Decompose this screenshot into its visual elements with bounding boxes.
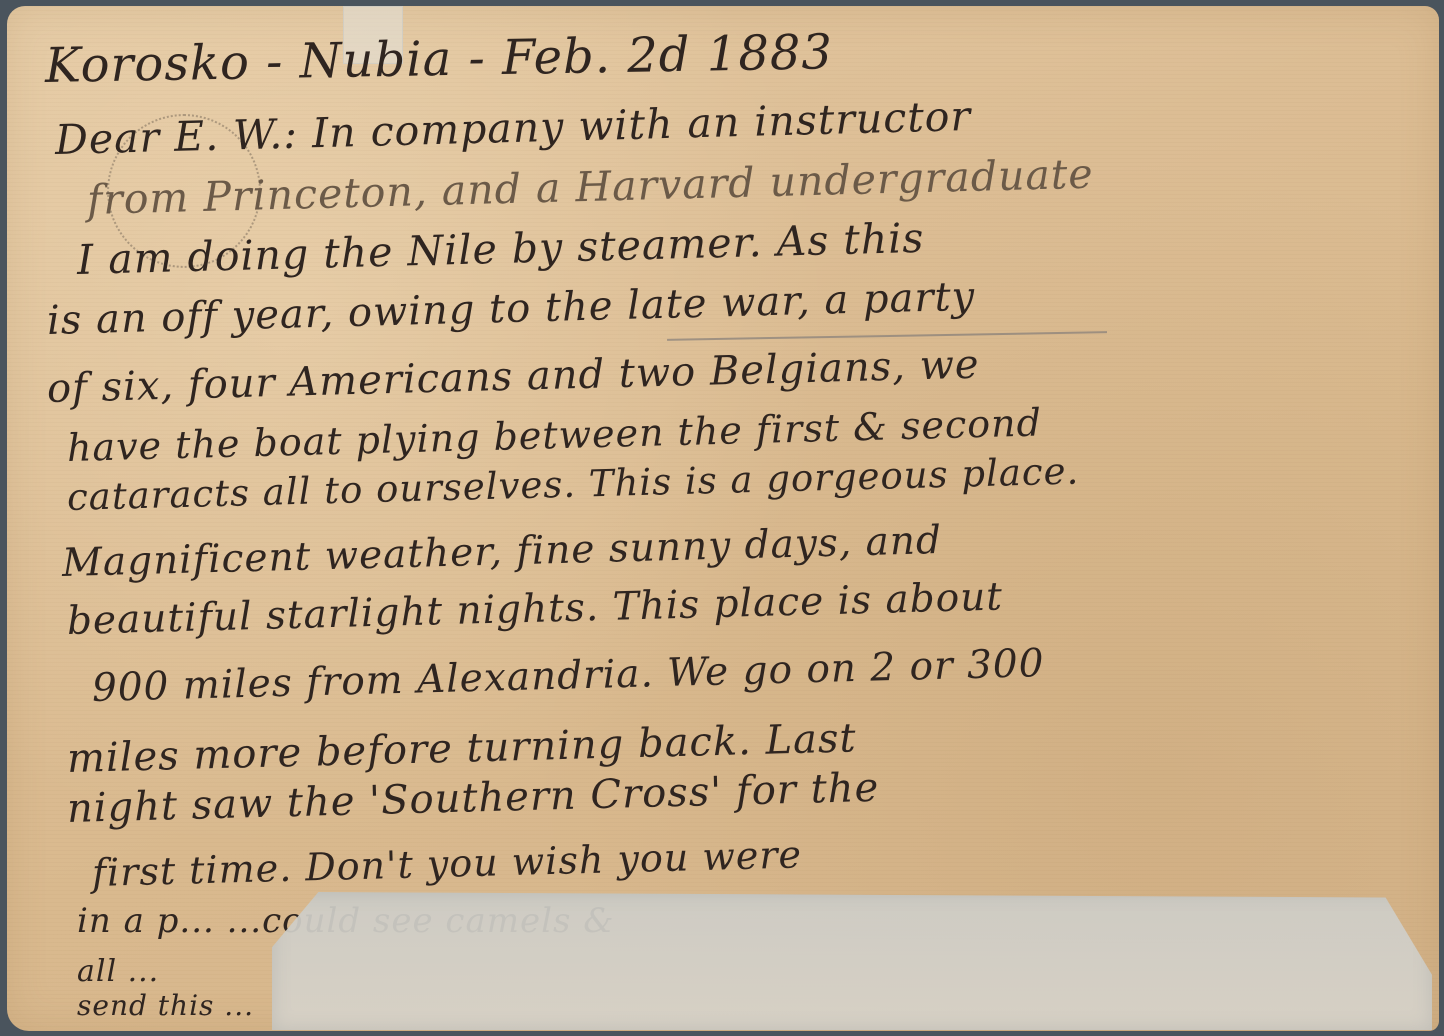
text-line: Magnificent weather, fine sunny days, an… xyxy=(61,518,942,586)
postcard: Korosko - Nubia - Feb. 2d 1883 Dear E. W… xyxy=(7,6,1439,1031)
text-line: Dear E. W.: In company with an instructo… xyxy=(54,92,971,164)
text-line: beautiful starlight nights. This place i… xyxy=(66,575,1003,644)
text-line: send this ... xyxy=(77,989,254,1022)
heading-line: Korosko - Nubia - Feb. 2d 1883 xyxy=(45,24,834,94)
text-line: first time. Don't you wish you were xyxy=(91,832,802,895)
bottom-tape-strip xyxy=(272,892,1432,1030)
pencil-underline xyxy=(667,328,1107,341)
text-line: all ... xyxy=(77,954,159,989)
text-line: of six, four Americans and two Belgians,… xyxy=(46,342,980,412)
text-line: 900 miles from Alexandria. We go on 2 or… xyxy=(91,641,1045,711)
